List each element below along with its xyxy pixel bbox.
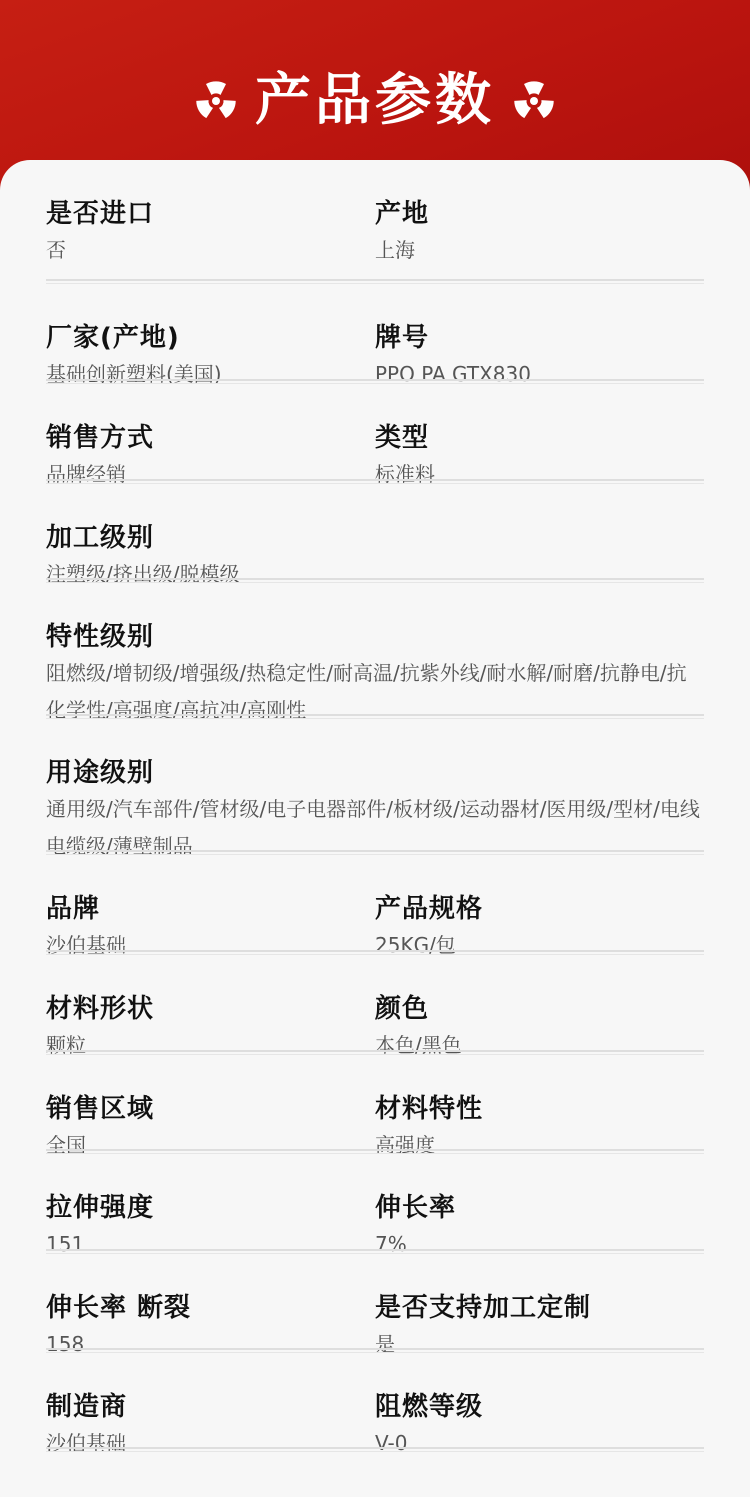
param-cell: 材料特性 高强度 bbox=[375, 1092, 704, 1154]
param-label: 伸长率 断裂 bbox=[46, 1291, 375, 1325]
param-row: 用途级别 通用级/汽车部件/管材级/电子电器部件/板材级/运动器材/医用级/型材… bbox=[46, 719, 704, 855]
param-cell: 销售区域 全国 bbox=[46, 1092, 375, 1154]
param-label: 阻燃等级 bbox=[375, 1390, 704, 1424]
param-cell: 品牌 沙伯基础 bbox=[46, 892, 375, 955]
param-label: 产品规格 bbox=[375, 892, 704, 926]
param-label: 是否支持加工定制 bbox=[375, 1291, 704, 1325]
param-cell: 加工级别 注塑级/挤出级/脱模级 bbox=[46, 521, 704, 583]
param-label: 材料特性 bbox=[375, 1092, 704, 1126]
param-cell: 制造商 沙伯基础 bbox=[46, 1390, 375, 1452]
param-cell: 特性级别 阻燃级/增韧级/增强级/热稳定性/耐高温/抗紫外线/耐水解/耐磨/抗静… bbox=[46, 620, 704, 719]
param-cell: 是否支持加工定制 是 bbox=[375, 1291, 704, 1353]
params-card: 是否进口 否 产地 上海 厂家(产地) 基础创新塑料(美国) 牌号 PPO PA… bbox=[0, 160, 750, 1497]
param-label: 是否进口 bbox=[46, 197, 375, 231]
param-label: 类型 bbox=[375, 421, 704, 455]
param-row: 厂家(产地) 基础创新塑料(美国) 牌号 PPO PA GTX830 bbox=[46, 284, 704, 384]
param-cell: 材料形状 颗粒 bbox=[46, 992, 375, 1055]
param-cell: 拉伸强度 151 bbox=[46, 1191, 375, 1254]
param-cell: 产品规格 25KG/包 bbox=[375, 892, 704, 955]
param-value: 沙伯基础 bbox=[46, 1425, 375, 1461]
page-title: 产品参数 bbox=[255, 66, 495, 136]
param-label: 厂家(产地) bbox=[46, 321, 375, 355]
radiation-hazard-icon bbox=[195, 80, 237, 122]
param-label: 材料形状 bbox=[46, 992, 375, 1026]
param-label: 销售区域 bbox=[46, 1092, 375, 1126]
param-label: 用途级别 bbox=[46, 756, 704, 790]
param-row: 拉伸强度 151 伸长率 7% bbox=[46, 1154, 704, 1254]
params-list: 是否进口 否 产地 上海 厂家(产地) 基础创新塑料(美国) 牌号 PPO PA… bbox=[46, 160, 704, 1452]
param-row: 销售区域 全国 材料特性 高强度 bbox=[46, 1055, 704, 1154]
param-value: 上海 bbox=[375, 232, 704, 268]
param-cell: 用途级别 通用级/汽车部件/管材级/电子电器部件/板材级/运动器材/医用级/型材… bbox=[46, 756, 704, 855]
param-label: 牌号 bbox=[375, 321, 704, 355]
param-cell: 类型 标准料 bbox=[375, 421, 704, 484]
param-label: 颜色 bbox=[375, 992, 704, 1026]
param-label: 拉伸强度 bbox=[46, 1191, 375, 1225]
param-row: 伸长率 断裂 158 是否支持加工定制 是 bbox=[46, 1254, 704, 1353]
param-row: 特性级别 阻燃级/增韧级/增强级/热稳定性/耐高温/抗紫外线/耐水解/耐磨/抗静… bbox=[46, 583, 704, 719]
param-cell: 伸长率 断裂 158 bbox=[46, 1291, 375, 1353]
param-cell: 是否进口 否 bbox=[46, 197, 375, 284]
param-label: 品牌 bbox=[46, 892, 375, 926]
param-label: 伸长率 bbox=[375, 1191, 704, 1225]
title-group: 产品参数 bbox=[0, 66, 750, 136]
param-cell: 厂家(产地) 基础创新塑料(美国) bbox=[46, 321, 375, 384]
param-cell: 牌号 PPO PA GTX830 bbox=[375, 321, 704, 384]
param-label: 加工级别 bbox=[46, 521, 704, 555]
param-label: 产地 bbox=[375, 197, 704, 231]
param-row: 加工级别 注塑级/挤出级/脱模级 bbox=[46, 484, 704, 583]
param-cell: 颜色 本色/黑色 bbox=[375, 992, 704, 1055]
param-cell: 伸长率 7% bbox=[375, 1191, 704, 1254]
param-value: 否 bbox=[46, 232, 375, 268]
row-divider bbox=[46, 1447, 704, 1452]
param-cell: 阻燃等级 V-0 bbox=[375, 1390, 704, 1452]
param-row: 是否进口 否 产地 上海 bbox=[46, 160, 704, 284]
param-cell: 销售方式 品牌经销 bbox=[46, 421, 375, 484]
param-label: 特性级别 bbox=[46, 620, 704, 654]
param-label: 制造商 bbox=[46, 1390, 375, 1424]
param-label: 销售方式 bbox=[46, 421, 375, 455]
param-row: 品牌 沙伯基础 产品规格 25KG/包 bbox=[46, 855, 704, 955]
param-row: 材料形状 颗粒 颜色 本色/黑色 bbox=[46, 955, 704, 1055]
radiation-hazard-icon bbox=[513, 80, 555, 122]
param-row: 制造商 沙伯基础 阻燃等级 V-0 bbox=[46, 1353, 704, 1452]
param-cell: 产地 上海 bbox=[375, 197, 704, 284]
param-value: V-0 bbox=[375, 1425, 704, 1461]
param-row: 销售方式 品牌经销 类型 标准料 bbox=[46, 384, 704, 484]
